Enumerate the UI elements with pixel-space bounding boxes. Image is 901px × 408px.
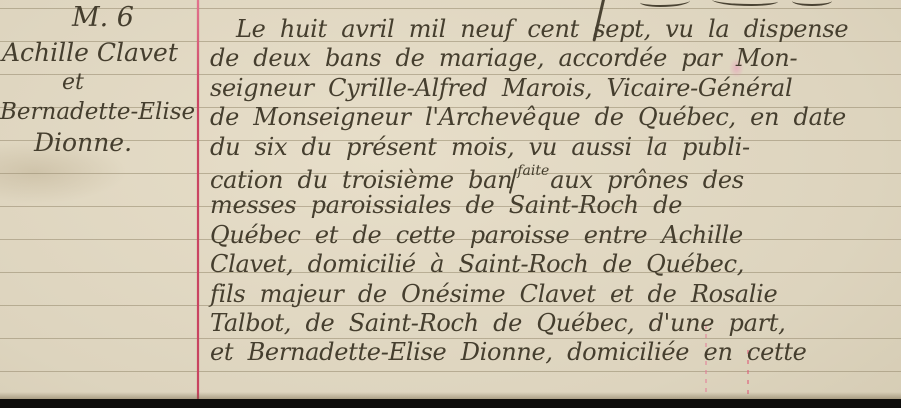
record-text-line: de deux bans de mariage, accordée par Mo… <box>210 44 899 73</box>
marriage-record-text: Le huit avril mil neuf cent sept, vu la … <box>210 15 899 368</box>
photo-dark-edge <box>0 399 901 408</box>
paper-bottom-shadow <box>0 392 901 399</box>
groom-name: Achille Clavet <box>2 38 178 67</box>
record-text-line: Le huit avril mil neuf cent sept, vu la … <box>210 15 899 44</box>
record-text-line: de Monseigneur l'Archevêque de Québec, e… <box>210 103 899 132</box>
entry-number: M. 6 <box>72 2 134 33</box>
interlinear-insertion: faite <box>517 163 549 179</box>
bride-name-line1: Bernadette-Elise <box>0 99 195 125</box>
conjunction-et: et <box>62 70 84 95</box>
bride-name-line2: Dionne. <box>34 128 132 157</box>
clipped-previous-line-stroke <box>640 0 690 7</box>
record-text-line: fils majeur de Onésime Clavet et de Rosa… <box>210 280 899 309</box>
register-page-photo: M. 6 Achille Clavet et Bernadette-Elise … <box>0 0 901 408</box>
margin-annotation-column: M. 6 Achille Clavet et Bernadette-Elise … <box>0 0 197 408</box>
record-text-line: et Bernadette-Elise Dionne, domiciliée e… <box>210 338 899 367</box>
clipped-previous-line-stroke <box>712 0 778 6</box>
record-text-line: du six du présent mois, vu aussi la publ… <box>210 133 899 162</box>
record-text-line: messes paroissiales de Saint-Roch de <box>210 191 899 220</box>
record-text-line: Clavet, domicilié à Saint-Roch de Québec… <box>210 250 899 279</box>
record-text-line-with-insertion: cation du troisième banfaiteaux prônes d… <box>210 162 899 191</box>
clipped-previous-line-stroke <box>792 0 832 6</box>
record-text-segment: cation du troisième ban <box>210 166 512 194</box>
record-text-line: Talbot, de Saint-Roch de Québec, d'une p… <box>210 309 899 338</box>
record-text-segment: aux prônes des <box>550 166 744 194</box>
record-text-line: seigneur Cyrille-Alfred Marois, Vicaire-… <box>210 74 899 103</box>
red-margin-rule-line <box>197 0 199 399</box>
record-text-line: Québec et de cette paroisse entre Achill… <box>210 221 899 250</box>
